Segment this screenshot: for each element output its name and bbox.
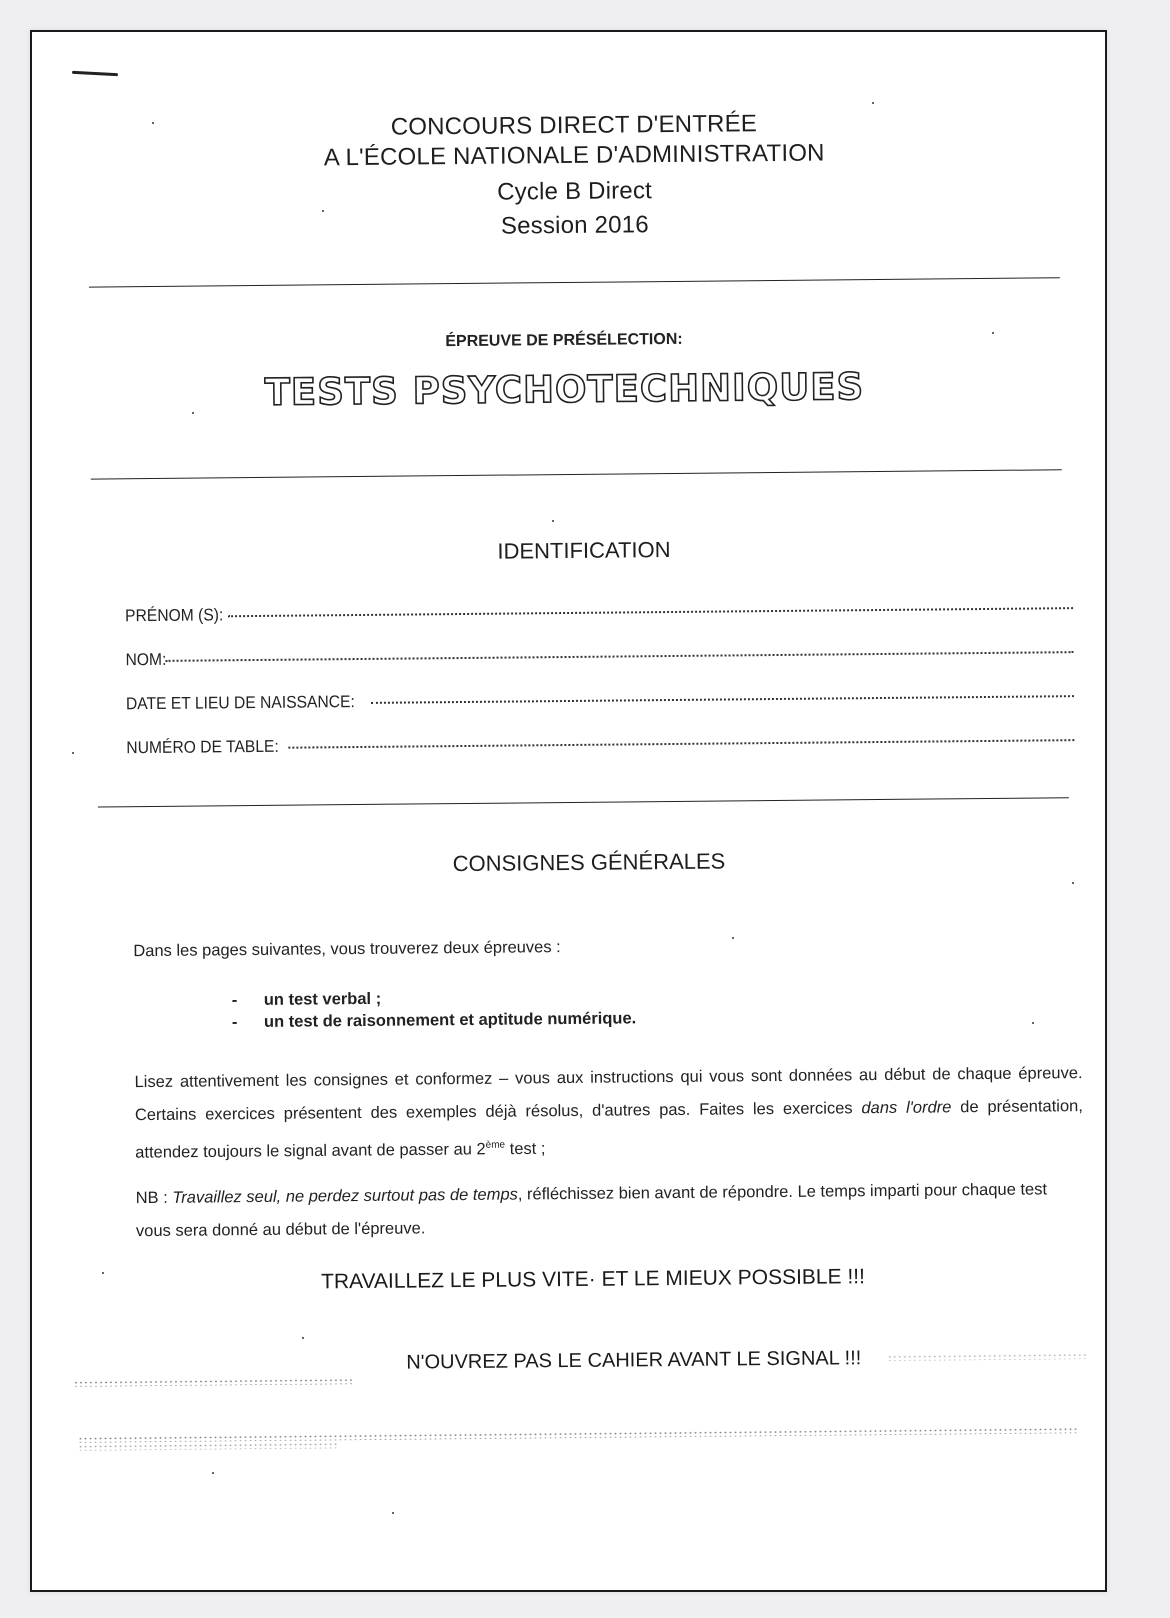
instructions-paragraph: Lisez attentivement les consignes et con… (134, 1057, 1083, 1170)
scan-speck (152, 122, 154, 124)
para-italic: dans l'ordre (861, 1098, 951, 1117)
nb-italic: Travaillez seul, ne perdez surtout pas d… (172, 1186, 518, 1207)
header-session: Session 2016 (38, 207, 1107, 245)
scan-speck (992, 332, 994, 334)
shout-do-not-open: N'OUVREZ PAS LE CAHIER AVANT LE SIGNAL !… (97, 1344, 1107, 1377)
scan-speck (72, 752, 74, 754)
divider-rule (98, 797, 1069, 807)
field-prenom[interactable]: PRÉNOM (S): (125, 597, 1073, 626)
scanned-page: CONCOURS DIRECT D'ENTRÉE A L'ÉCOLE NATIO… (30, 30, 1107, 1592)
divider-rule (91, 469, 1062, 479)
field-nom[interactable]: NOM: (125, 641, 1073, 670)
scan-speck (732, 937, 734, 939)
field-numero-table[interactable]: NUMÉRO DE TABLE: (126, 729, 1074, 758)
field-fill-line[interactable] (371, 694, 1074, 704)
divider-rule (89, 277, 1060, 287)
list-item: -un test verbal ; (232, 990, 382, 1010)
field-date-lieu-naissance[interactable]: DATE ET LIEU DE NAISSANCE: (126, 685, 1074, 714)
field-fill-line[interactable] (166, 650, 1074, 662)
scan-speck (392, 1512, 394, 1514)
bullet-dash: - (232, 1013, 264, 1032)
list-item: -un test de raisonnement et aptitude num… (232, 1009, 636, 1032)
para-text: test ; (505, 1140, 546, 1158)
field-fill-line[interactable] (288, 738, 1074, 749)
scan-speck (322, 210, 324, 212)
scan-speck (192, 412, 194, 414)
field-label: NUMÉRO DE TABLE: (126, 737, 279, 758)
field-label: DATE ET LIEU DE NAISSANCE: (126, 692, 355, 714)
scan-speck (1072, 882, 1074, 884)
scan-noise (73, 1378, 353, 1387)
field-fill-line[interactable] (228, 606, 1073, 617)
scan-speck (1032, 1022, 1034, 1024)
bullet-dash: - (232, 991, 264, 1010)
exam-title: TESTS PSYCHOTECHNIQUES (30, 363, 1101, 416)
nb-label: NB : (136, 1189, 173, 1207)
para-superscript: ème (486, 1140, 506, 1151)
scan-noise (78, 1427, 1078, 1443)
instructions-title: CONSIGNES GÉNÉRALES (52, 845, 1107, 881)
shout-work-fast: TRAVAILLEZ LE PLUS VITE· ET LE MIEUX POS… (56, 1263, 1107, 1297)
test-verbal: un test verbal ; (264, 990, 382, 1009)
field-label: PRÉNOM (S): (125, 605, 223, 626)
scan-speck (552, 520, 554, 522)
scan-speck (102, 1272, 104, 1274)
nb-paragraph: NB : Travaillez seul, ne perdez surtout … (136, 1173, 1085, 1248)
scan-noise (78, 1442, 338, 1450)
scan-speck (212, 1472, 214, 1474)
header-cycle: Cycle B Direct (38, 173, 1107, 211)
scan-speck (872, 102, 874, 104)
identification-title: IDENTIFICATION (47, 533, 1107, 569)
page-content: CONCOURS DIRECT D'ENTRÉE A L'ÉCOLE NATIO… (30, 30, 1107, 1592)
instructions-intro: Dans les pages suivantes, vous trouverez… (133, 933, 1081, 962)
scan-speck (302, 1337, 304, 1339)
test-numerique: un test de raisonnement et aptitude numé… (264, 1009, 636, 1031)
exam-subtitle: ÉPREUVE DE PRÉSÉLECTION: (30, 327, 1101, 355)
field-label: NOM: (125, 650, 166, 670)
